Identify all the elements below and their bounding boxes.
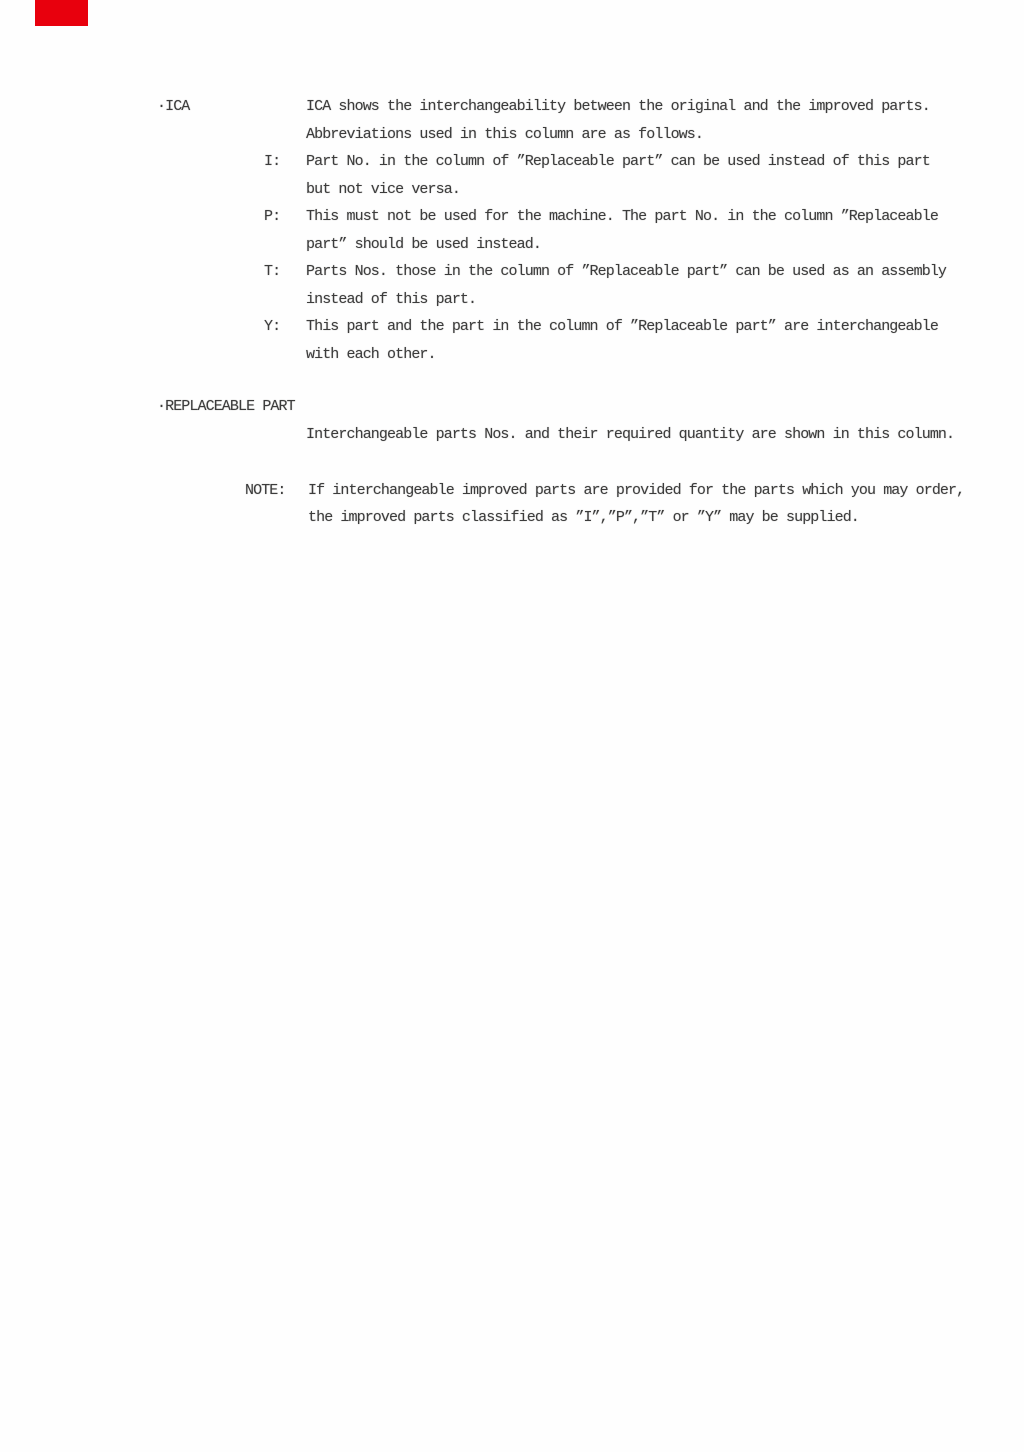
ica-code-t-text-line-1: Parts Nos. those in the column of ”Repla… — [306, 264, 946, 279]
note-label: NOTE: — [245, 483, 286, 498]
ica-description-line-2: Abbreviations used in this column are as… — [306, 127, 703, 142]
note-text-line-1: If interchangeable improved parts are pr… — [308, 483, 964, 498]
replaceable-part-heading: ·REPLACEABLE PART — [157, 399, 295, 414]
red-corner-mark — [35, 0, 88, 26]
note-text-line-2: the improved parts classified as ”I”,”P”… — [308, 510, 859, 525]
ica-code-p-label: P: — [264, 209, 280, 224]
ica-code-y-label: Y: — [264, 319, 280, 334]
ica-code-p-text-line-1: This must not be used for the machine. T… — [306, 209, 938, 224]
ica-description-line-1: ICA shows the interchangeability between… — [306, 99, 930, 114]
ica-code-y-text-line-1: This part and the part in the column of … — [306, 319, 938, 334]
ica-code-p-text-line-2: part” should be used instead. — [306, 237, 541, 252]
ica-code-y-text-line-2: with each other. — [306, 347, 436, 362]
manual-page: ·ICA ICA shows the interchangeability be… — [0, 0, 1024, 1452]
ica-code-i-text-line-2: but not vice versa. — [306, 182, 460, 197]
ica-section-heading: ·ICA — [157, 99, 189, 114]
ica-code-t-text-line-2: instead of this part. — [306, 292, 476, 307]
ica-code-i-label: I: — [264, 154, 280, 169]
ica-code-t-label: T: — [264, 264, 280, 279]
ica-code-i-text-line-1: Part No. in the column of ”Replaceable p… — [306, 154, 930, 169]
replaceable-part-description: Interchangeable parts Nos. and their req… — [306, 427, 954, 442]
